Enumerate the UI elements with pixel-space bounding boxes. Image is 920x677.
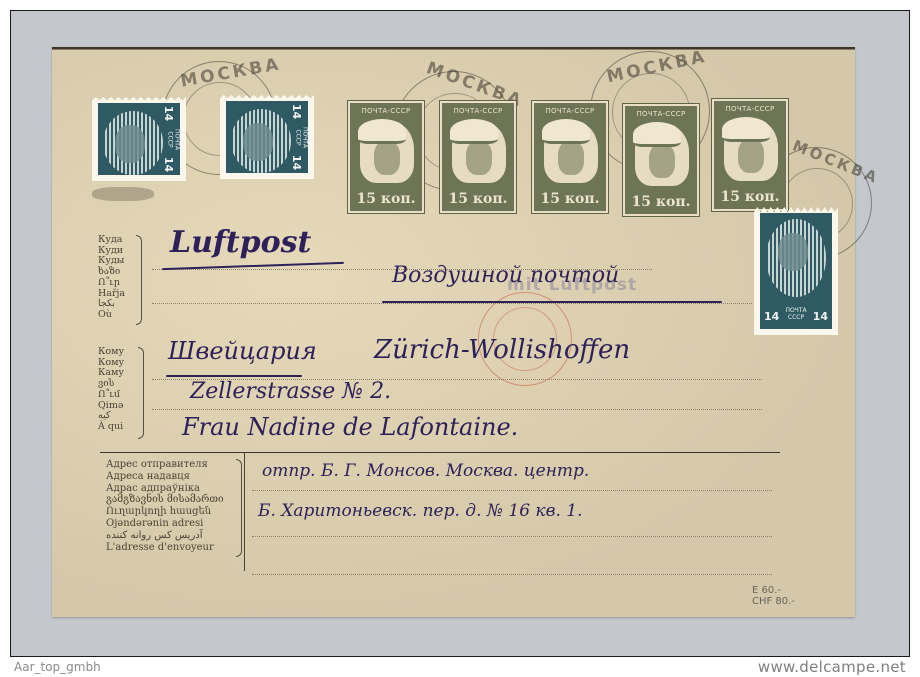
stamp-15-kop-3: ПОЧТА-СССР 15 коп. (532, 101, 608, 213)
stamp-value: 14 (162, 157, 175, 172)
airmail-ru-underline (382, 301, 722, 303)
address-divider (100, 452, 780, 453)
portrait-image (103, 111, 163, 175)
sender-box-right-edge (244, 453, 245, 571)
country-underline (166, 375, 302, 377)
stamp-country: ПОЧТА-СССР (534, 107, 606, 115)
stamp-country: ПОЧТА СССР (167, 125, 180, 155)
address-line (152, 409, 762, 410)
handwritten-city: Zürich-Wollishoffen (374, 335, 630, 365)
stamp-design: 14 14 ПОЧТА СССР (98, 103, 180, 175)
label-text: آدریس کس روانه کننده (106, 530, 224, 542)
handwritten-sender-line-1: отпр. Б. Г. Монсов. Москва. центр. (262, 461, 589, 481)
stamp-value: 15 коп. (442, 191, 514, 207)
brace-destination (136, 235, 142, 325)
stamp-14-kop-1: 14 14 ПОЧТА СССР (92, 97, 186, 181)
brace-recipient (138, 347, 144, 439)
stamp-country: ПОЧТА-СССР (714, 105, 786, 113)
stamp-country: ПОЧТА СССР (295, 123, 308, 153)
worker-face (374, 141, 400, 175)
label-text: Ուղարկողի հասցեն (106, 506, 224, 518)
address-line (252, 536, 772, 537)
handwritten-airmail: Luftpost (170, 225, 311, 260)
label-text: Où (98, 310, 125, 321)
stamp-country: ПОЧТА СССР (782, 308, 810, 321)
stamp-value: 15 коп. (625, 194, 697, 210)
envelope: МОСКВА МОСКВА МОСКВА МОСКВА 14 14 ПОЧТА … (52, 47, 855, 617)
stamp-15-kop-1: ПОЧТА-СССР 15 коп. (348, 101, 424, 213)
handwritten-sender-line-2: Б. Харитоньевск. пер. д. № 16 кв. 1. (258, 501, 583, 521)
worker-face (649, 144, 675, 178)
pencil-note-line: CHF 80.- (752, 596, 795, 607)
brace-sender (236, 459, 242, 557)
address-line (252, 574, 772, 575)
stamp-country: ПОЧТА-СССР (350, 107, 422, 115)
stamp-value: 14 (162, 106, 175, 121)
label-text: L'adresse d'envoyeur (106, 542, 224, 554)
label-sender: Адрес отправителя Адреса надавця Адрас а… (106, 459, 224, 553)
pencil-price-note: E 60.- CHF 80.- (752, 585, 795, 607)
stamp-country: ПОЧТА-СССР (625, 110, 697, 118)
label-text: À qui (98, 422, 124, 433)
stamp-value: 14 (813, 310, 828, 323)
stamp-country: ПОЧТА-СССР (442, 107, 514, 115)
handwritten-street: Zellerstrasse № 2. (190, 379, 391, 404)
label-text: Адреса надавця (106, 471, 224, 483)
stamp-value: 15 коп. (350, 191, 422, 207)
stamp-15-kop-2: ПОЧТА-СССР 15 коп. (440, 101, 516, 213)
pencil-note-line: E 60.- (752, 585, 795, 596)
portrait-image (766, 219, 826, 297)
label-text: Ojəndərənin adresi (106, 518, 224, 530)
stamp-value: 14 (764, 310, 779, 323)
label-text: Адрес отправителя (106, 459, 224, 471)
worker-face (466, 141, 492, 175)
label-destination: Куда Куди Куды ხაზი Ո՞ւր Hařja بکجا Où (98, 235, 125, 321)
label-text: Адрас адпраўніка (106, 483, 224, 495)
handwritten-country: Швейцария (168, 337, 317, 365)
ornament-mark (92, 187, 154, 201)
stamp-15-kop-4: ПОЧТА-СССР 15 коп. (623, 104, 699, 216)
worker-face (738, 139, 764, 173)
stamp-value: 15 коп. (714, 189, 786, 205)
label-recipient: Кому Кому Каму ვის Ո՞ւմ Qimə کیه À qui (98, 347, 124, 433)
stamp-14-kop-2: 14 14 ПОЧТА СССР (220, 95, 314, 179)
handwritten-recipient-name: Frau Nadine de Lafontaine. (182, 413, 518, 441)
seller-watermark: Aar_top_gmbh (14, 660, 101, 674)
address-line (152, 303, 752, 304)
stamp-15-kop-5: ПОЧТА-СССР 15 коп. (712, 99, 788, 211)
stamp-14-kop-3: 14 14 ПОЧТА СССР (754, 207, 838, 335)
envelope-top-edge (52, 49, 855, 50)
portrait-image (231, 109, 291, 173)
worker-face (558, 141, 584, 175)
label-text: გამგზავნის მისამართი (106, 494, 224, 506)
stamp-design: 14 14 ПОЧТА СССР (226, 101, 308, 173)
stamp-value: 14 (290, 104, 303, 119)
stamp-design: 14 14 ПОЧТА СССР (760, 213, 832, 329)
site-watermark: www.delcampe.net (758, 658, 906, 676)
label-text: Ո՞ւր (98, 278, 125, 289)
stamp-value: 14 (290, 155, 303, 170)
handwritten-airmail-ru: Воздушной почтой (392, 263, 619, 288)
stamp-value: 15 коп. (534, 191, 606, 207)
label-text: Ո՞ւմ (98, 390, 124, 401)
address-line (252, 490, 772, 491)
